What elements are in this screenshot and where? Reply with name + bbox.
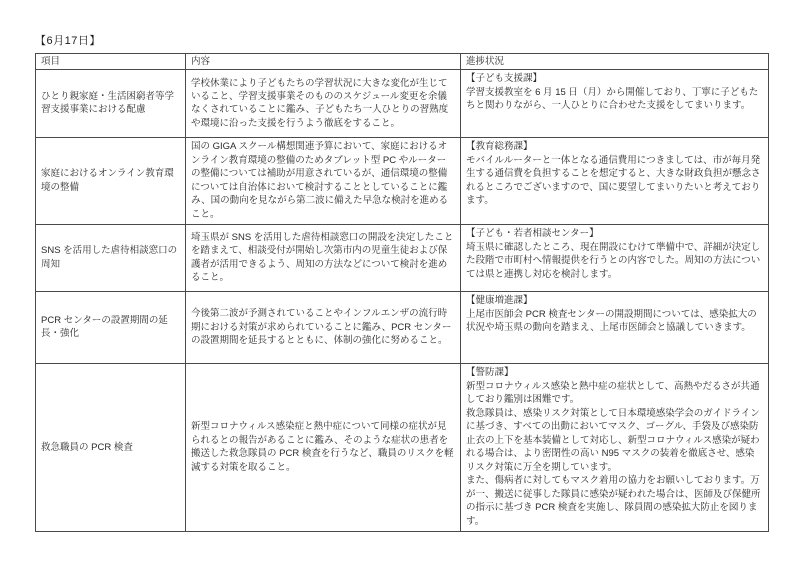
col-header-item: 項目 [36,54,186,70]
item-cell: 家庭におけるオンライン教育環境の整備 [36,138,186,225]
item-cell: ひとり親家庭・生活困窮者等学習支援事業における配慮 [36,70,186,138]
item-cell: SNS を活用した虐待相談窓口の周知 [36,225,186,292]
progress-cell: 【健康増進課】 上尾市医師会 PCR 検査センターの開設期間については、感染拡大… [461,292,769,364]
content-cell: 学校休業により子どもたちの学習状況に大きな変化が生じていること、学習支援事業その… [186,70,461,138]
date-heading: 【6月17日】 [35,32,800,48]
table-header-row: 項目 内容 進捗状況 [36,54,769,70]
table-row: ひとり親家庭・生活困窮者等学習支援事業における配慮 学校休業により子どもたちの学… [36,70,769,138]
item-cell: 救急職員の PCR 検査 [36,364,186,532]
table-row: 救急職員の PCR 検査 新型コロナウィルス感染症と熱中症について同様の症状が見… [36,364,769,532]
col-header-content: 内容 [186,54,461,70]
col-header-progress: 進捗状況 [461,54,769,70]
content-cell: 新型コロナウィルス感染症と熱中症について同様の症状が見られるとの報告があることに… [186,364,461,532]
content-cell: 埼玉県が SNS を活用した虐待相談窓口の開設を決定したことを踏まえて、相談受付… [186,225,461,292]
progress-cell: 【子ども・若者相談センター】 埼玉県に確認したところ、現在開設にむけて準備中で、… [461,225,769,292]
progress-cell: 【教育総務課】 モバイルルーターと一体となる通信費用につきましては、市が毎月発生… [461,138,769,225]
progress-cell: 【子ども支援課】 学習支援教室を 6 月 15 日（月）から開催しており、丁寧に… [461,70,769,138]
table-row: PCR センターの設置期間の延長・強化 今後第二波が予測されていることやインフル… [36,292,769,364]
content-cell: 今後第二波が予測されていることやインフルエンザの流行時期における対策が求められて… [186,292,461,364]
item-cell: PCR センターの設置期間の延長・強化 [36,292,186,364]
content-cell: 国の GIGA スクール構想関連予算において、家庭におけるオンライン教育環境の整… [186,138,461,225]
table-row: 家庭におけるオンライン教育環境の整備 国の GIGA スクール構想関連予算におい… [36,138,769,225]
document-page: 【6月17日】 項目 内容 進捗状況 ひとり親家庭・生活困窮者等学習支援事業にお… [0,0,800,532]
table-row: SNS を活用した虐待相談窓口の周知 埼玉県が SNS を活用した虐待相談窓口の… [36,225,769,292]
progress-table: 項目 内容 進捗状況 ひとり親家庭・生活困窮者等学習支援事業における配慮 学校休… [35,53,769,532]
progress-cell: 【警防課】 新型コロナウィルス感染と熱中症の症状として、高熱やだるさが共通してお… [461,364,769,532]
